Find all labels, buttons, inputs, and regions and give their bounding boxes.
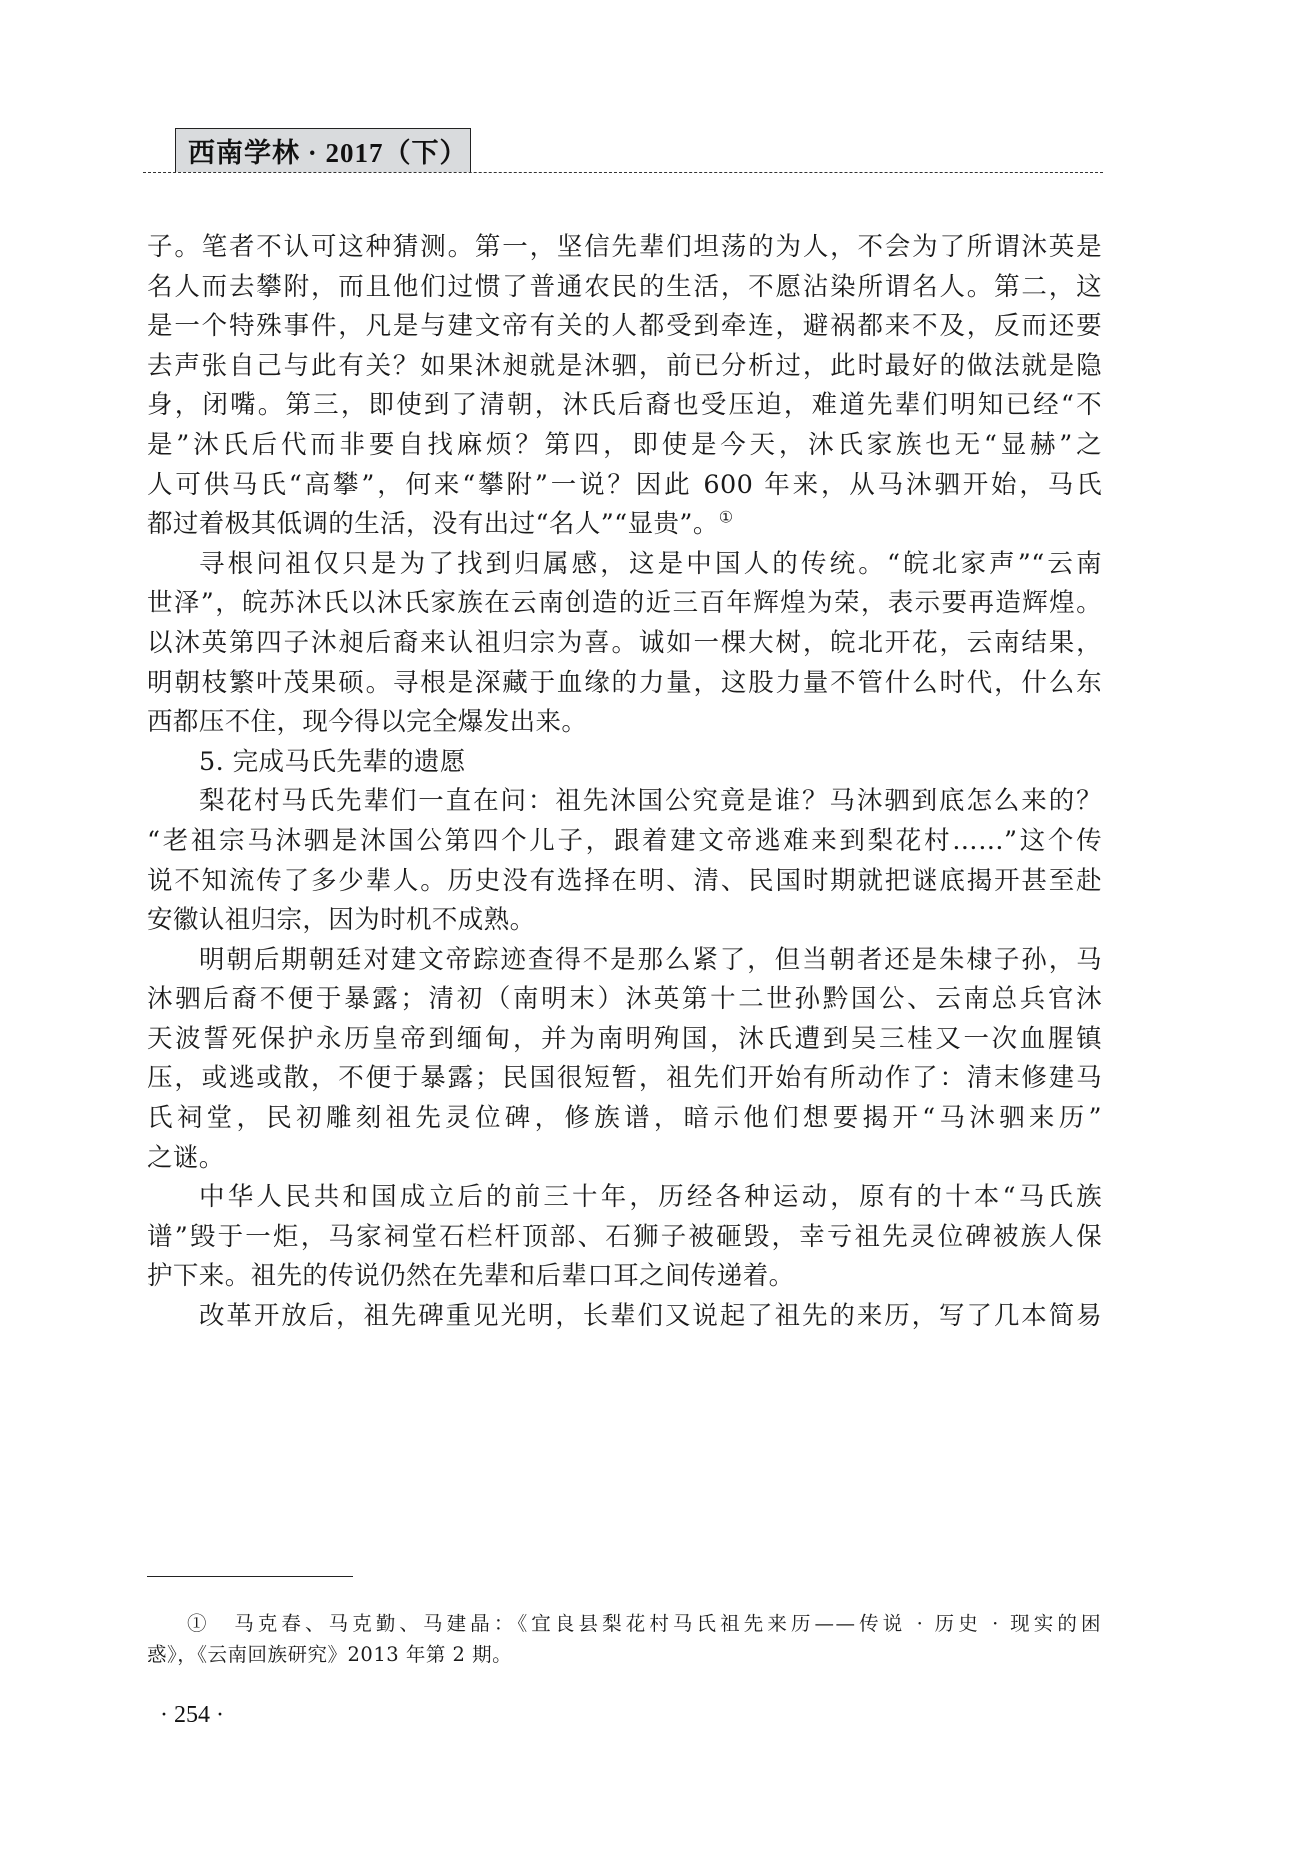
body-line-text: 安徽认祖归宗，因为时机不成熟。 bbox=[147, 905, 536, 935]
body-line: 是”沐氏后代而非要自找麻烦？第四，即使是今天，沐氏家族也无“显赫”之 bbox=[147, 426, 1102, 466]
header-dashed-rule bbox=[143, 172, 1103, 173]
body-line: 护下来。祖先的传说仍然在先辈和后辈口耳之间传递着。 bbox=[147, 1257, 1102, 1297]
body-line: 中华人民共和国成立后的前三十年，历经各种运动，原有的十本“马氏族 bbox=[147, 1178, 1102, 1218]
body-line-text: 之谜。 bbox=[147, 1143, 225, 1173]
body-line: 子。笔者不认可这种猜测。第一，坚信先辈们坦荡的为人，不会为了所谓沐英是 bbox=[147, 228, 1102, 268]
body-line: “老祖宗马沐驷是沐国公第四个儿子，跟着建文帝逃难来到梨花村……”这个传 bbox=[147, 822, 1102, 862]
body-line: 谱”毁于一炬，马家祠堂石栏杆顶部、石狮子被砸毁，幸亏祖先灵位碑被族人保 bbox=[147, 1218, 1102, 1258]
footnotes: ① 马克春、马克勤、马建晶：《宜良县梨花村马氏祖先来历——传说 · 历史 · 现… bbox=[147, 1608, 1102, 1670]
body-line: 梨花村马氏先辈们一直在问：祖先沐国公究竟是谁？马沐驷到底怎么来的？ bbox=[147, 782, 1102, 822]
footnote-1-line-1: ① 马克春、马克勤、马建晶：《宜良县梨花村马氏祖先来历——传说 · 历史 · 现… bbox=[147, 1608, 1102, 1639]
body-line: 西都压不住，现今得以完全爆发出来。 bbox=[147, 703, 1102, 743]
body-line-text: 是”沐氏后代而非要自找麻烦？第四，即使是今天，沐氏家族也无“显赫”之 bbox=[147, 430, 1102, 460]
body-line: 之谜。 bbox=[147, 1139, 1102, 1179]
footnote-separator bbox=[147, 1576, 353, 1577]
body-line: 是一个特殊事件，凡是与建文帝有关的人都受到牵连，避祸都来不及，反而还要 bbox=[147, 307, 1102, 347]
body-line: 身，闭嘴。第三，即使到了清朝，沐氏后裔也受压迫，难道先辈们明知已经“不 bbox=[147, 386, 1102, 426]
body-line: 世泽”，皖苏沐氏以沐氏家族在云南创造的近三百年辉煌为荣，表示要再造辉煌。 bbox=[147, 584, 1102, 624]
body-line-text: 压，或逃或散，不便于暴露；民国很短暂，祖先们开始有所动作了：清末修建马 bbox=[147, 1063, 1102, 1093]
body-line-text: 去声张自己与此有关？如果沐昶就是沐驷，前已分析过，此时最好的做法就是隐 bbox=[147, 351, 1102, 381]
running-header-title: 西南学林 · 2017（下） bbox=[188, 131, 468, 170]
body-line-text: 名人而去攀附，而且他们过惯了普通农民的生活，不愿沾染所谓名人。第二，这 bbox=[147, 272, 1102, 302]
body-line: 氏祠堂，民初雕刻祖先灵位碑，修族谱，暗示他们想要揭开“马沐驷来历” bbox=[147, 1099, 1102, 1139]
body-line: 5. 完成马氏先辈的遗愿 bbox=[147, 743, 1102, 783]
body-line-text: 子。笔者不认可这种猜测。第一，坚信先辈们坦荡的为人，不会为了所谓沐英是 bbox=[147, 232, 1102, 262]
body-line: 去声张自己与此有关？如果沐昶就是沐驷，前已分析过，此时最好的做法就是隐 bbox=[147, 347, 1102, 387]
body-line: 名人而去攀附，而且他们过惯了普通农民的生活，不愿沾染所谓名人。第二，这 bbox=[147, 268, 1102, 308]
body-line-text: 沐驷后裔不便于暴露；清初（南明末）沐英第十二世孙黔国公、云南总兵官沐 bbox=[147, 984, 1102, 1014]
body-line-text: 以沐英第四子沐昶后裔来认祖归宗为喜。诚如一棵大树，皖北开花，云南结果， bbox=[147, 628, 1102, 658]
body-line-text: 5. 完成马氏先辈的遗愿 bbox=[199, 747, 466, 777]
body-line: 明朝枝繁叶茂果硕。寻根是深藏于血缘的力量，这股力量不管什么时代，什么东 bbox=[147, 664, 1102, 704]
body-line: 天波誓死保护永历皇帝到缅甸，并为南明殉国，沐氏遭到吴三桂又一次血腥镇 bbox=[147, 1020, 1102, 1060]
body-line: 人可供马氏“高攀”，何来“攀附”一说？因此 600 年来，从马沐驷开始，马氏 bbox=[147, 466, 1102, 506]
running-header-box: 西南学林 · 2017（下） bbox=[175, 128, 471, 172]
body-line-text: 氏祠堂，民初雕刻祖先灵位碑，修族谱，暗示他们想要揭开“马沐驷来历” bbox=[147, 1103, 1102, 1133]
body-line-text: 谱”毁于一炬，马家祠堂石栏杆顶部、石狮子被砸毁，幸亏祖先灵位碑被族人保 bbox=[147, 1222, 1102, 1252]
body-line-text: 世泽”，皖苏沐氏以沐氏家族在云南创造的近三百年辉煌为荣，表示要再造辉煌。 bbox=[147, 588, 1102, 618]
body-line: 寻根问祖仅只是为了找到归属感，这是中国人的传统。“皖北家声”“云南 bbox=[147, 545, 1102, 585]
body-line-text: 是一个特殊事件，凡是与建文帝有关的人都受到牵连，避祸都来不及，反而还要 bbox=[147, 311, 1102, 341]
page-number: · 254 · bbox=[160, 1702, 224, 1729]
body-line-text: 中华人民共和国成立后的前三十年，历经各种运动，原有的十本“马氏族 bbox=[199, 1182, 1102, 1212]
body-line-text: 说不知流传了多少辈人。历史没有选择在明、清、民国时期就把谜底揭开甚至赴 bbox=[147, 866, 1102, 896]
body-text: 子。笔者不认可这种猜测。第一，坚信先辈们坦荡的为人，不会为了所谓沐英是名人而去攀… bbox=[147, 228, 1102, 1337]
body-line: 改革开放后，祖先碑重见光明，长辈们又说起了祖先的来历，写了几本简易 bbox=[147, 1297, 1102, 1337]
body-line-text: 明朝后期朝廷对建文帝踪迹查得不是那么紧了，但当朝者还是朱棣子孙，马 bbox=[199, 945, 1102, 975]
body-line-text: 改革开放后，祖先碑重见光明，长辈们又说起了祖先的来历，写了几本简易 bbox=[199, 1301, 1102, 1331]
body-line-text: “老祖宗马沐驷是沐国公第四个儿子，跟着建文帝逃难来到梨花村……”这个传 bbox=[147, 826, 1102, 856]
footnote-reference[interactable]: ① bbox=[719, 508, 734, 527]
body-line-text: 人可供马氏“高攀”，何来“攀附”一说？因此 600 年来，从马沐驷开始，马氏 bbox=[147, 470, 1102, 500]
body-line-text: 明朝枝繁叶茂果硕。寻根是深藏于血缘的力量，这股力量不管什么时代，什么东 bbox=[147, 668, 1102, 698]
body-line-text: 天波誓死保护永历皇帝到缅甸，并为南明殉国，沐氏遭到吴三桂又一次血腥镇 bbox=[147, 1024, 1102, 1054]
body-line: 沐驷后裔不便于暴露；清初（南明末）沐英第十二世孙黔国公、云南总兵官沐 bbox=[147, 980, 1102, 1020]
body-line: 压，或逃或散，不便于暴露；民国很短暂，祖先们开始有所动作了：清末修建马 bbox=[147, 1059, 1102, 1099]
body-line: 以沐英第四子沐昶后裔来认祖归宗为喜。诚如一棵大树，皖北开花，云南结果， bbox=[147, 624, 1102, 664]
body-line-text: 身，闭嘴。第三，即使到了清朝，沐氏后裔也受压迫，难道先辈们明知已经“不 bbox=[147, 390, 1102, 420]
body-line: 安徽认祖归宗，因为时机不成熟。 bbox=[147, 901, 1102, 941]
body-line: 都过着极其低调的生活，没有出过“名人”“显贵”。① bbox=[147, 505, 1102, 545]
body-line: 明朝后期朝廷对建文帝踪迹查得不是那么紧了，但当朝者还是朱棣子孙，马 bbox=[147, 941, 1102, 981]
body-line-text: 都过着极其低调的生活，没有出过“名人”“显贵”。 bbox=[147, 509, 719, 539]
body-line-text: 西都压不住，现今得以完全爆发出来。 bbox=[147, 707, 587, 737]
body-line: 说不知流传了多少辈人。历史没有选择在明、清、民国时期就把谜底揭开甚至赴 bbox=[147, 862, 1102, 902]
body-line-text: 护下来。祖先的传说仍然在先辈和后辈口耳之间传递着。 bbox=[147, 1261, 795, 1291]
body-line-text: 寻根问祖仅只是为了找到归属感，这是中国人的传统。“皖北家声”“云南 bbox=[199, 549, 1102, 579]
body-line-text: 梨花村马氏先辈们一直在问：祖先沐国公究竟是谁？马沐驷到底怎么来的？ bbox=[199, 786, 1102, 816]
footnote-1-line-2: 惑》，《云南回族研究》2013 年第 2 期。 bbox=[147, 1639, 1102, 1670]
